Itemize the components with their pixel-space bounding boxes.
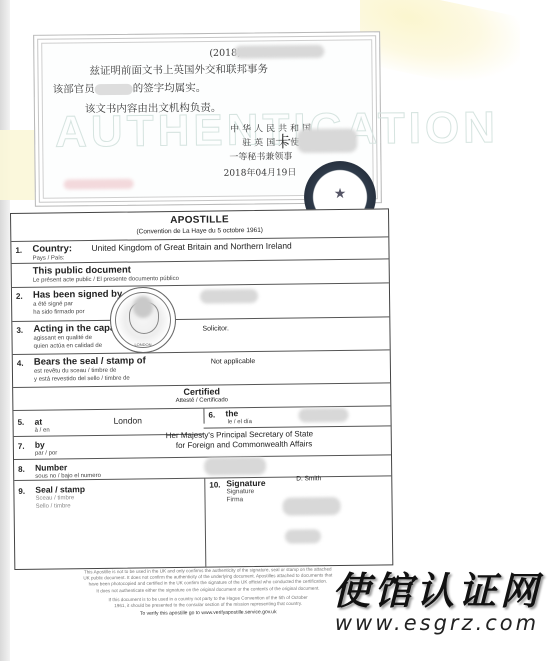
certificate-line-1: 兹证明前面文书上英国外交和联邦事务	[89, 61, 268, 78]
issuer-line-2: for Foreign and Commonwealth Affairs	[176, 439, 312, 450]
fco-seal-stamp: LONDON	[110, 287, 176, 353]
scan-edge	[0, 0, 10, 661]
brand-url: www.esgrz.com	[322, 611, 552, 635]
field-by: 7. by par / por Her Majesty's Principal …	[14, 425, 391, 456]
brand-name: 使馆认证网	[322, 569, 552, 613]
issuer-line-1: Her Majesty's Principal Secretary of Sta…	[166, 429, 313, 440]
paper-tint	[0, 130, 35, 200]
certificate-line-2: 该部官员的签字均属实。	[53, 80, 207, 97]
redacted-reference	[234, 45, 324, 59]
redacted-signer	[200, 289, 258, 304]
field-seal-of: 4. Bears the seal / stamp of est revêtu …	[13, 349, 390, 385]
redacted-number	[204, 457, 266, 476]
redacted-seal-centre	[133, 296, 153, 318]
star-emblem-icon: ★	[334, 185, 347, 202]
field-public-document: This public document Le présent acte pub…	[12, 258, 389, 284]
redacted-signature	[285, 529, 321, 543]
redacted-date	[298, 408, 348, 423]
redacted-signature	[282, 497, 340, 516]
certificate-line-3: 该文书内容由出文机构负责。	[85, 100, 222, 116]
field-seal-signature: 9. Seal / stamp Sceau / timbre Sello / t…	[14, 475, 392, 569]
redacted-name	[95, 83, 133, 94]
seal-of-value: Not applicable	[211, 358, 255, 366]
consul-signature: 卡	[275, 129, 291, 152]
place-value: London	[113, 415, 141, 425]
paper-tint	[360, 0, 520, 97]
field-signed-by: 2. Has been signed by a été signé par ha…	[12, 282, 389, 318]
redacted-serial	[64, 179, 134, 190]
site-watermark: 使馆认证网 www.esgrz.com	[322, 569, 552, 635]
field-capacity: 3. Acting in the capacity of agissant en…	[12, 316, 389, 352]
redacted-signature	[297, 128, 357, 153]
country-value: United Kingdom of Great Britain and Nort…	[91, 241, 291, 253]
apostille-form: APOSTILLE (Convention de La Haye du 5 oc…	[10, 208, 393, 570]
capacity-value: Solicitor.	[202, 325, 229, 332]
certificate-date: 2018年04月19日	[223, 165, 296, 179]
signer-name: D. Smith	[296, 475, 321, 482]
